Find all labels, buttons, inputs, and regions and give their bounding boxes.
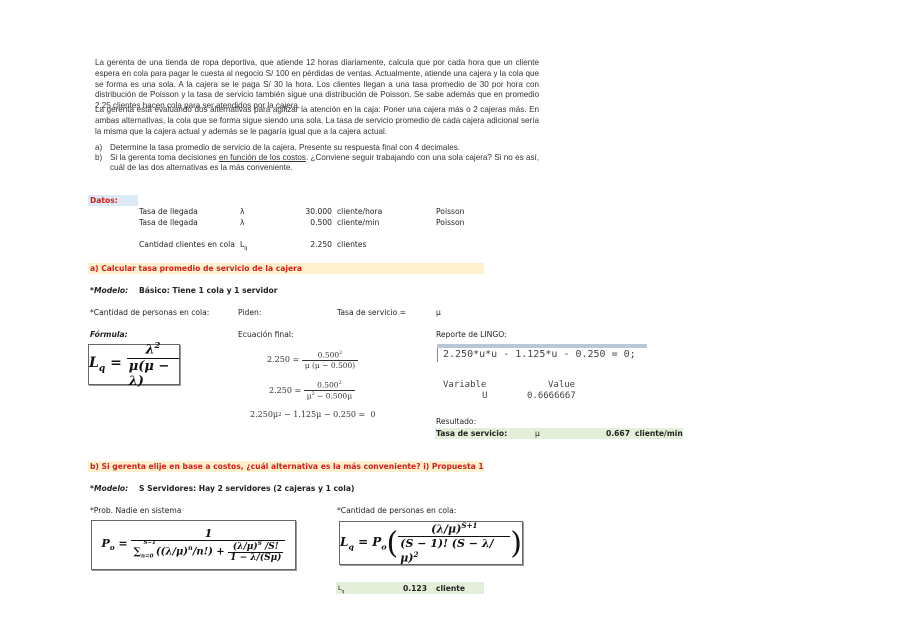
modelo-value: Básico: Tiene 1 cola y 1 servidor <box>139 286 277 295</box>
equation-1: 2.250 = 0.5002μ (μ − 0.500) <box>267 350 358 370</box>
datos-row-value: 2.250 <box>290 240 332 249</box>
lq-result-symbol: Lq <box>338 584 344 593</box>
lambda-symbol: λ <box>240 218 245 227</box>
datos-row-unit: cliente/min <box>337 218 379 227</box>
po-formula: Po = 1 ∑n=0S−1((λ/μ)n/n!) + (λ/μ)S /S!1 … <box>91 520 296 570</box>
mu-symbol: μ <box>436 308 441 317</box>
lingo-var-value: 0.6666667 <box>527 391 576 401</box>
formula-label: Fórmula: <box>90 330 128 339</box>
modelo-value: S Servidores: Hay 2 servidores (2 cajera… <box>139 484 354 493</box>
lingo-col-variable: Variable <box>443 380 486 390</box>
problem-paragraph-2: La gerenta está evaluando dos alternativ… <box>95 105 539 137</box>
resultado-label: Resultado: <box>436 417 476 426</box>
resultado-unit: cliente/min <box>635 429 683 438</box>
section-a-title: a) Calcular tasa promedio de servicio de… <box>90 264 302 273</box>
cantidad-label-b: *Cantidad de personas en cola: <box>337 506 456 515</box>
datos-row-name: Cantidad clientes en cola <box>139 240 235 249</box>
modelo-label: *Modelo: <box>90 484 128 493</box>
question-a: a) Determine la tasa promedio de servici… <box>95 143 539 153</box>
datos-row-value: 0.500 <box>290 218 332 227</box>
prob-nadie-label: *Prob. Nadie en sistema <box>90 506 181 515</box>
equation-3: 2.250μ2 − 1.125μ − 0.250 = 0 <box>250 410 375 419</box>
tasa-servicio-label: Tasa de servicio = <box>337 308 406 317</box>
problem-paragraph-1: La gerenta de una tienda de ropa deporti… <box>95 58 539 112</box>
question-text: Determine la tasa promedio de servicio d… <box>110 143 539 153</box>
question-marker: a) <box>95 143 110 153</box>
lq-result-value: 0.123 <box>395 584 427 593</box>
cantidad-label: *Cantidad de personas en cola: <box>90 308 209 317</box>
datos-row-name: Tasa de llegada <box>139 218 198 227</box>
lingo-model-line: 2.250*u*u - 1.125*u - 0.250 = 0; <box>443 349 636 360</box>
piden-label: Piden: <box>238 308 261 317</box>
datos-row-value: 30.000 <box>290 207 332 216</box>
lq-symbol: Lq <box>240 240 247 252</box>
resultado-value: 0.667 <box>600 429 630 438</box>
equation-2: 2.250 = 0.5002μ2 − 0.500μ <box>269 380 355 400</box>
lq-result-unit: cliente <box>436 584 465 593</box>
datos-row-unit: clientes <box>337 240 367 249</box>
resultado-symbol: μ <box>535 429 540 438</box>
lq-formula: Lq = λ2 μ(μ − λ) <box>88 344 180 385</box>
lingo-label: Reporte de LINGO: <box>436 330 507 339</box>
datos-row-unit: cliente/hora <box>337 207 382 216</box>
datos-row-distribution: Poisson <box>436 207 464 216</box>
question-marker: b) <box>95 153 110 173</box>
lambda-symbol: λ <box>240 207 245 216</box>
lingo-window-border <box>437 348 438 362</box>
datos-row-name: Tasa de llegada <box>139 207 198 216</box>
ecuacion-label: Ecuación final: <box>238 330 294 339</box>
lingo-window-titlebar <box>437 344 647 348</box>
resultado-name: Tasa de servicio: <box>436 429 507 438</box>
datos-label: Datos: <box>90 196 118 205</box>
modelo-label: *Modelo: <box>90 286 128 295</box>
question-b: b) Si la gerenta toma decisiones en func… <box>95 153 539 173</box>
section-b-title: b) Si gerenta elije en base a costos, ¿c… <box>90 462 484 471</box>
datos-row-distribution: Poisson <box>436 218 464 227</box>
question-text: Si la gerenta toma decisiones en función… <box>110 153 539 173</box>
problem-questions: a) Determine la tasa promedio de servici… <box>95 143 539 173</box>
lingo-var-name: U <box>482 391 487 401</box>
lq-multiserver-formula: Lq = Po ( (λ/μ)S+1(S − 1)! (S − λ/μ)2 ) <box>339 521 523 565</box>
lingo-col-value: Value <box>548 380 575 390</box>
